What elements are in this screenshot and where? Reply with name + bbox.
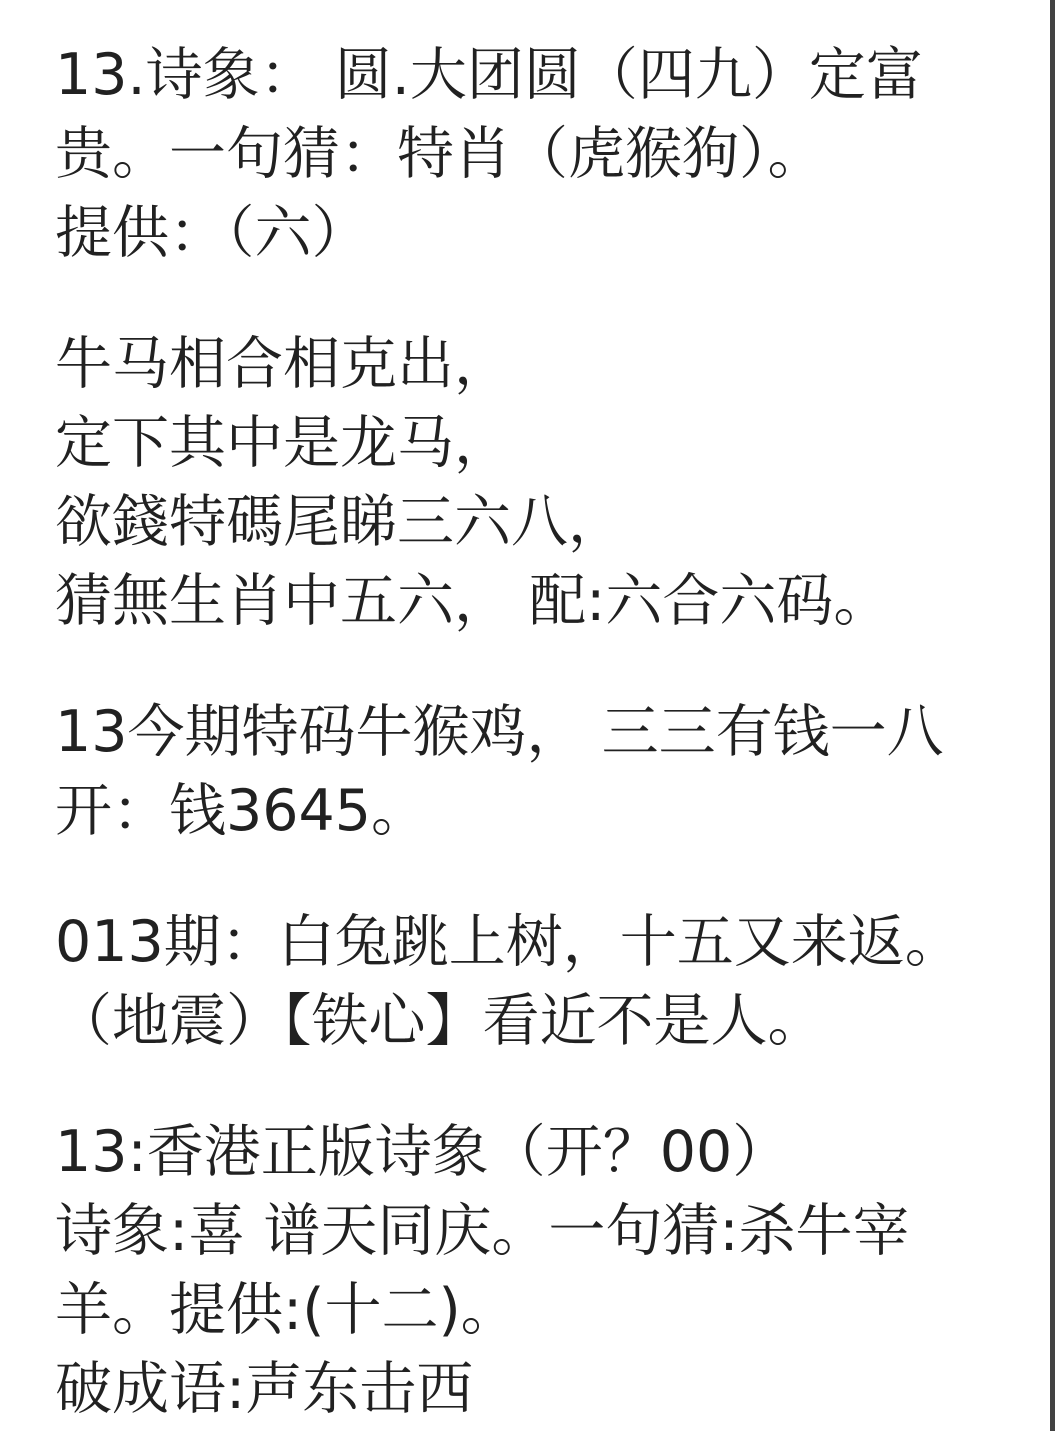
text-block-hongkong: 13:香港正版诗象（开？00） 诗象:喜 谱天同庆。一句猜:杀牛宰 羊。提供:(… xyxy=(55,1113,1011,1429)
text-line: 破成语:声东击西 xyxy=(55,1350,1011,1429)
text-line: 定下其中是龙马， xyxy=(55,404,1011,483)
text-content: 13.诗象： 圆.大团圆（四九）定富 贵。一句猜：特肖（虎猴狗）。 提供：（六）… xyxy=(0,0,1055,1429)
text-line: 13:香港正版诗象（开？00） xyxy=(55,1113,1011,1192)
text-block-013qi: 013期：白兔跳上树，十五又来返。 （地震）【铁心】看近不是人。 xyxy=(55,903,1011,1061)
text-line: 牛马相合相克出， xyxy=(55,325,1011,404)
text-line: 欲錢特碼尾睇三六八， xyxy=(55,483,1011,562)
scrollbar[interactable] xyxy=(1050,0,1055,1431)
text-line: 羊。提供:(十二)。 xyxy=(55,1271,1011,1350)
text-line: 13.诗象： 圆.大团圆（四九）定富 xyxy=(55,36,1011,115)
text-line: 013期：白兔跳上树，十五又来返。 xyxy=(55,903,1011,982)
page: 13.诗象： 圆.大团圆（四九）定富 贵。一句猜：特肖（虎猴狗）。 提供：（六）… xyxy=(0,0,1055,1431)
text-line: 猜無生肖中五六， 配:六合六码。 xyxy=(55,562,1011,641)
text-line: 开：钱3645。 xyxy=(55,772,1011,851)
text-line: 诗象:喜 谱天同庆。一句猜:杀牛宰 xyxy=(55,1192,1011,1271)
text-line: （地震）【铁心】看近不是人。 xyxy=(55,982,1011,1061)
text-line: 提供：（六） xyxy=(55,194,1011,273)
text-block-verse: 牛马相合相克出， 定下其中是龙马， 欲錢特碼尾睇三六八， 猜無生肖中五六， 配:… xyxy=(55,325,1011,641)
text-line: 贵。一句猜：特肖（虎猴狗）。 xyxy=(55,115,1011,194)
text-block-tema: 13今期特码牛猴鸡， 三三有钱一八 开：钱3645。 xyxy=(55,693,1011,851)
text-line: 13今期特码牛猴鸡， 三三有钱一八 xyxy=(55,693,1011,772)
text-block-poem-13: 13.诗象： 圆.大团圆（四九）定富 贵。一句猜：特肖（虎猴狗）。 提供：（六） xyxy=(55,36,1011,273)
